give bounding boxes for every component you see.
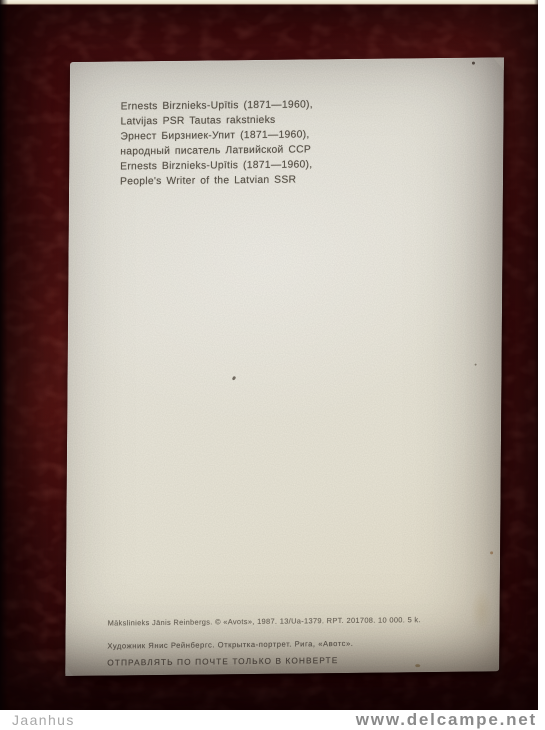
photo-right-edge [534, 0, 538, 710]
postcard-photo: Ernests Birznieks-Upītis (1871—1960), La… [0, 0, 538, 710]
seller-watermark: Jaanhus [12, 712, 75, 728]
photo-grain-overlay [0, 0, 538, 710]
photo-left-edge [0, 0, 8, 710]
watermark-bar: Jaanhus www.delcampe.net [0, 710, 545, 730]
page: Ernests Birznieks-Upītis (1871—1960), La… [0, 0, 545, 730]
site-watermark: www.delcampe.net [356, 710, 537, 730]
photo-top-edge [0, 0, 538, 5]
